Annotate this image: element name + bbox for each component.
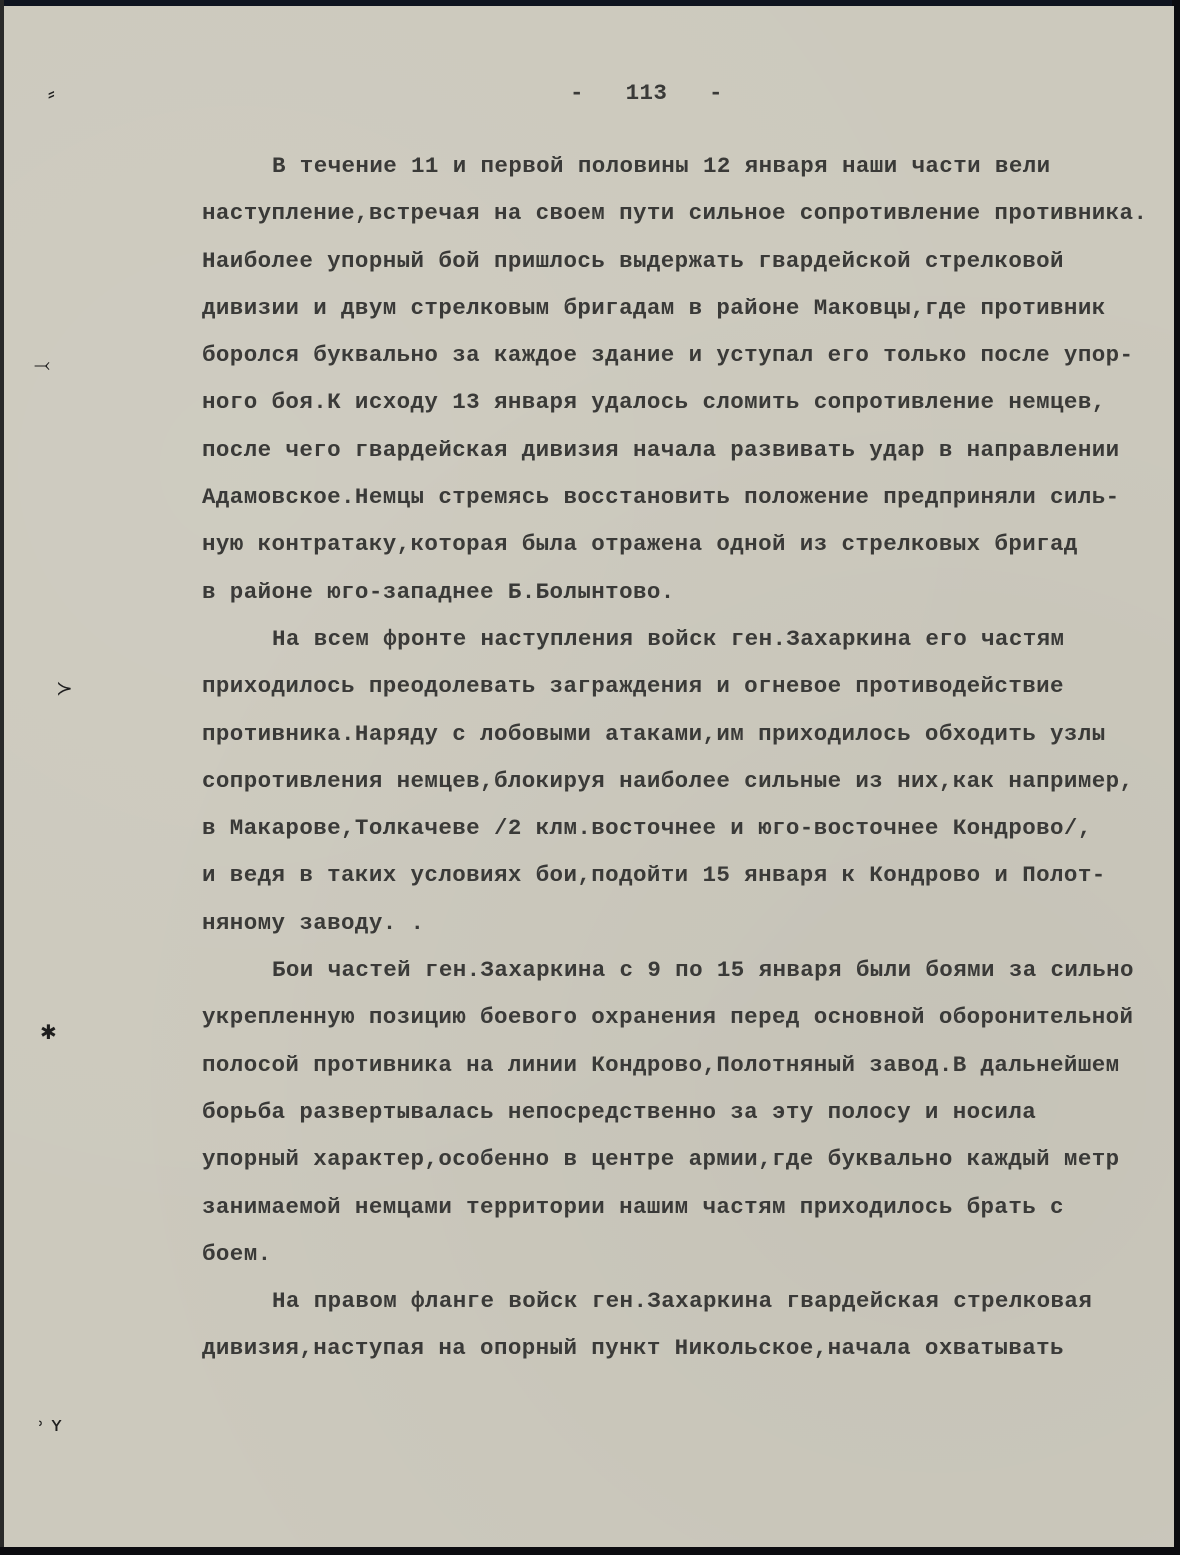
text-line: укрепленную позицию боевого охранения пе…	[202, 1000, 1177, 1047]
text-line: упорный характер,особенно в центре армии…	[202, 1142, 1177, 1189]
text-line: сопротивления немцев,блокируя наиболее с…	[202, 764, 1177, 811]
text-line: Наиболее упорный бой пришлось выдержать …	[202, 244, 1177, 291]
binding-hole-mark-1: ⸗	[48, 83, 55, 103]
binding-hole-mark-5: ˒ ʏ	[38, 1414, 63, 1434]
binding-hole-mark-2: ⤙	[34, 354, 50, 374]
binding-hole-mark-4: ✱	[40, 1022, 57, 1042]
document-page: ⸗ ⤙ ≻ ✱ ˒ ʏ - 113 - В течение 11 и перво…	[4, 6, 1174, 1547]
typewritten-body: В течение 11 и первой половины 12 января…	[202, 149, 1177, 1379]
text-line: ного боя.К исходу 13 января удалось слом…	[202, 385, 1177, 432]
text-line: ную контратаку,которая была отражена одн…	[202, 527, 1177, 574]
text-line: полосой противника на линии Кондрово,Пол…	[202, 1048, 1177, 1095]
text-line: в районе юго-западнее Б.Болынтово.	[202, 575, 1177, 622]
text-line: в Макарове,Толкачеве /2 клм.восточнее и …	[202, 811, 1177, 858]
binding-hole-mark-3: ≻	[56, 678, 73, 698]
text-line: борьба развертывалась непосредственно за…	[202, 1095, 1177, 1142]
page-number: - 113 -	[570, 80, 770, 106]
scan-edge-bottom	[0, 1547, 1180, 1555]
text-line: занимаемой немцами территории нашим част…	[202, 1190, 1177, 1237]
paragraph-first-line: Бои частей ген.Захаркина с 9 по 15 январ…	[202, 953, 1177, 1000]
text-line: боролся буквально за каждое здание и уст…	[202, 338, 1177, 385]
text-line: наступление,встречая на своем пути сильн…	[202, 196, 1177, 243]
text-line: няному заводу. .	[202, 906, 1177, 953]
paragraph-first-line: На правом фланге войск ген.Захаркина гва…	[202, 1284, 1177, 1331]
text-line: приходилось преодолевать заграждения и о…	[202, 669, 1177, 716]
text-line: после чего гвардейская дивизия начала ра…	[202, 433, 1177, 480]
text-line: противника.Наряду с лобовыми атаками,им …	[202, 717, 1177, 764]
paragraph-first-line: На всем фронте наступления войск ген.Зах…	[202, 622, 1177, 669]
text-line: и ведя в таких условиях бои,подойти 15 я…	[202, 858, 1177, 905]
text-line: дивизия,наступая на опорный пункт Николь…	[202, 1331, 1177, 1378]
text-line: дивизии и двум стрелковым бригадам в рай…	[202, 291, 1177, 338]
text-line: Адамовское.Немцы стремясь восстановить п…	[202, 480, 1177, 527]
paragraph-first-line: В течение 11 и первой половины 12 января…	[202, 149, 1177, 196]
text-line: боем.	[202, 1237, 1177, 1284]
